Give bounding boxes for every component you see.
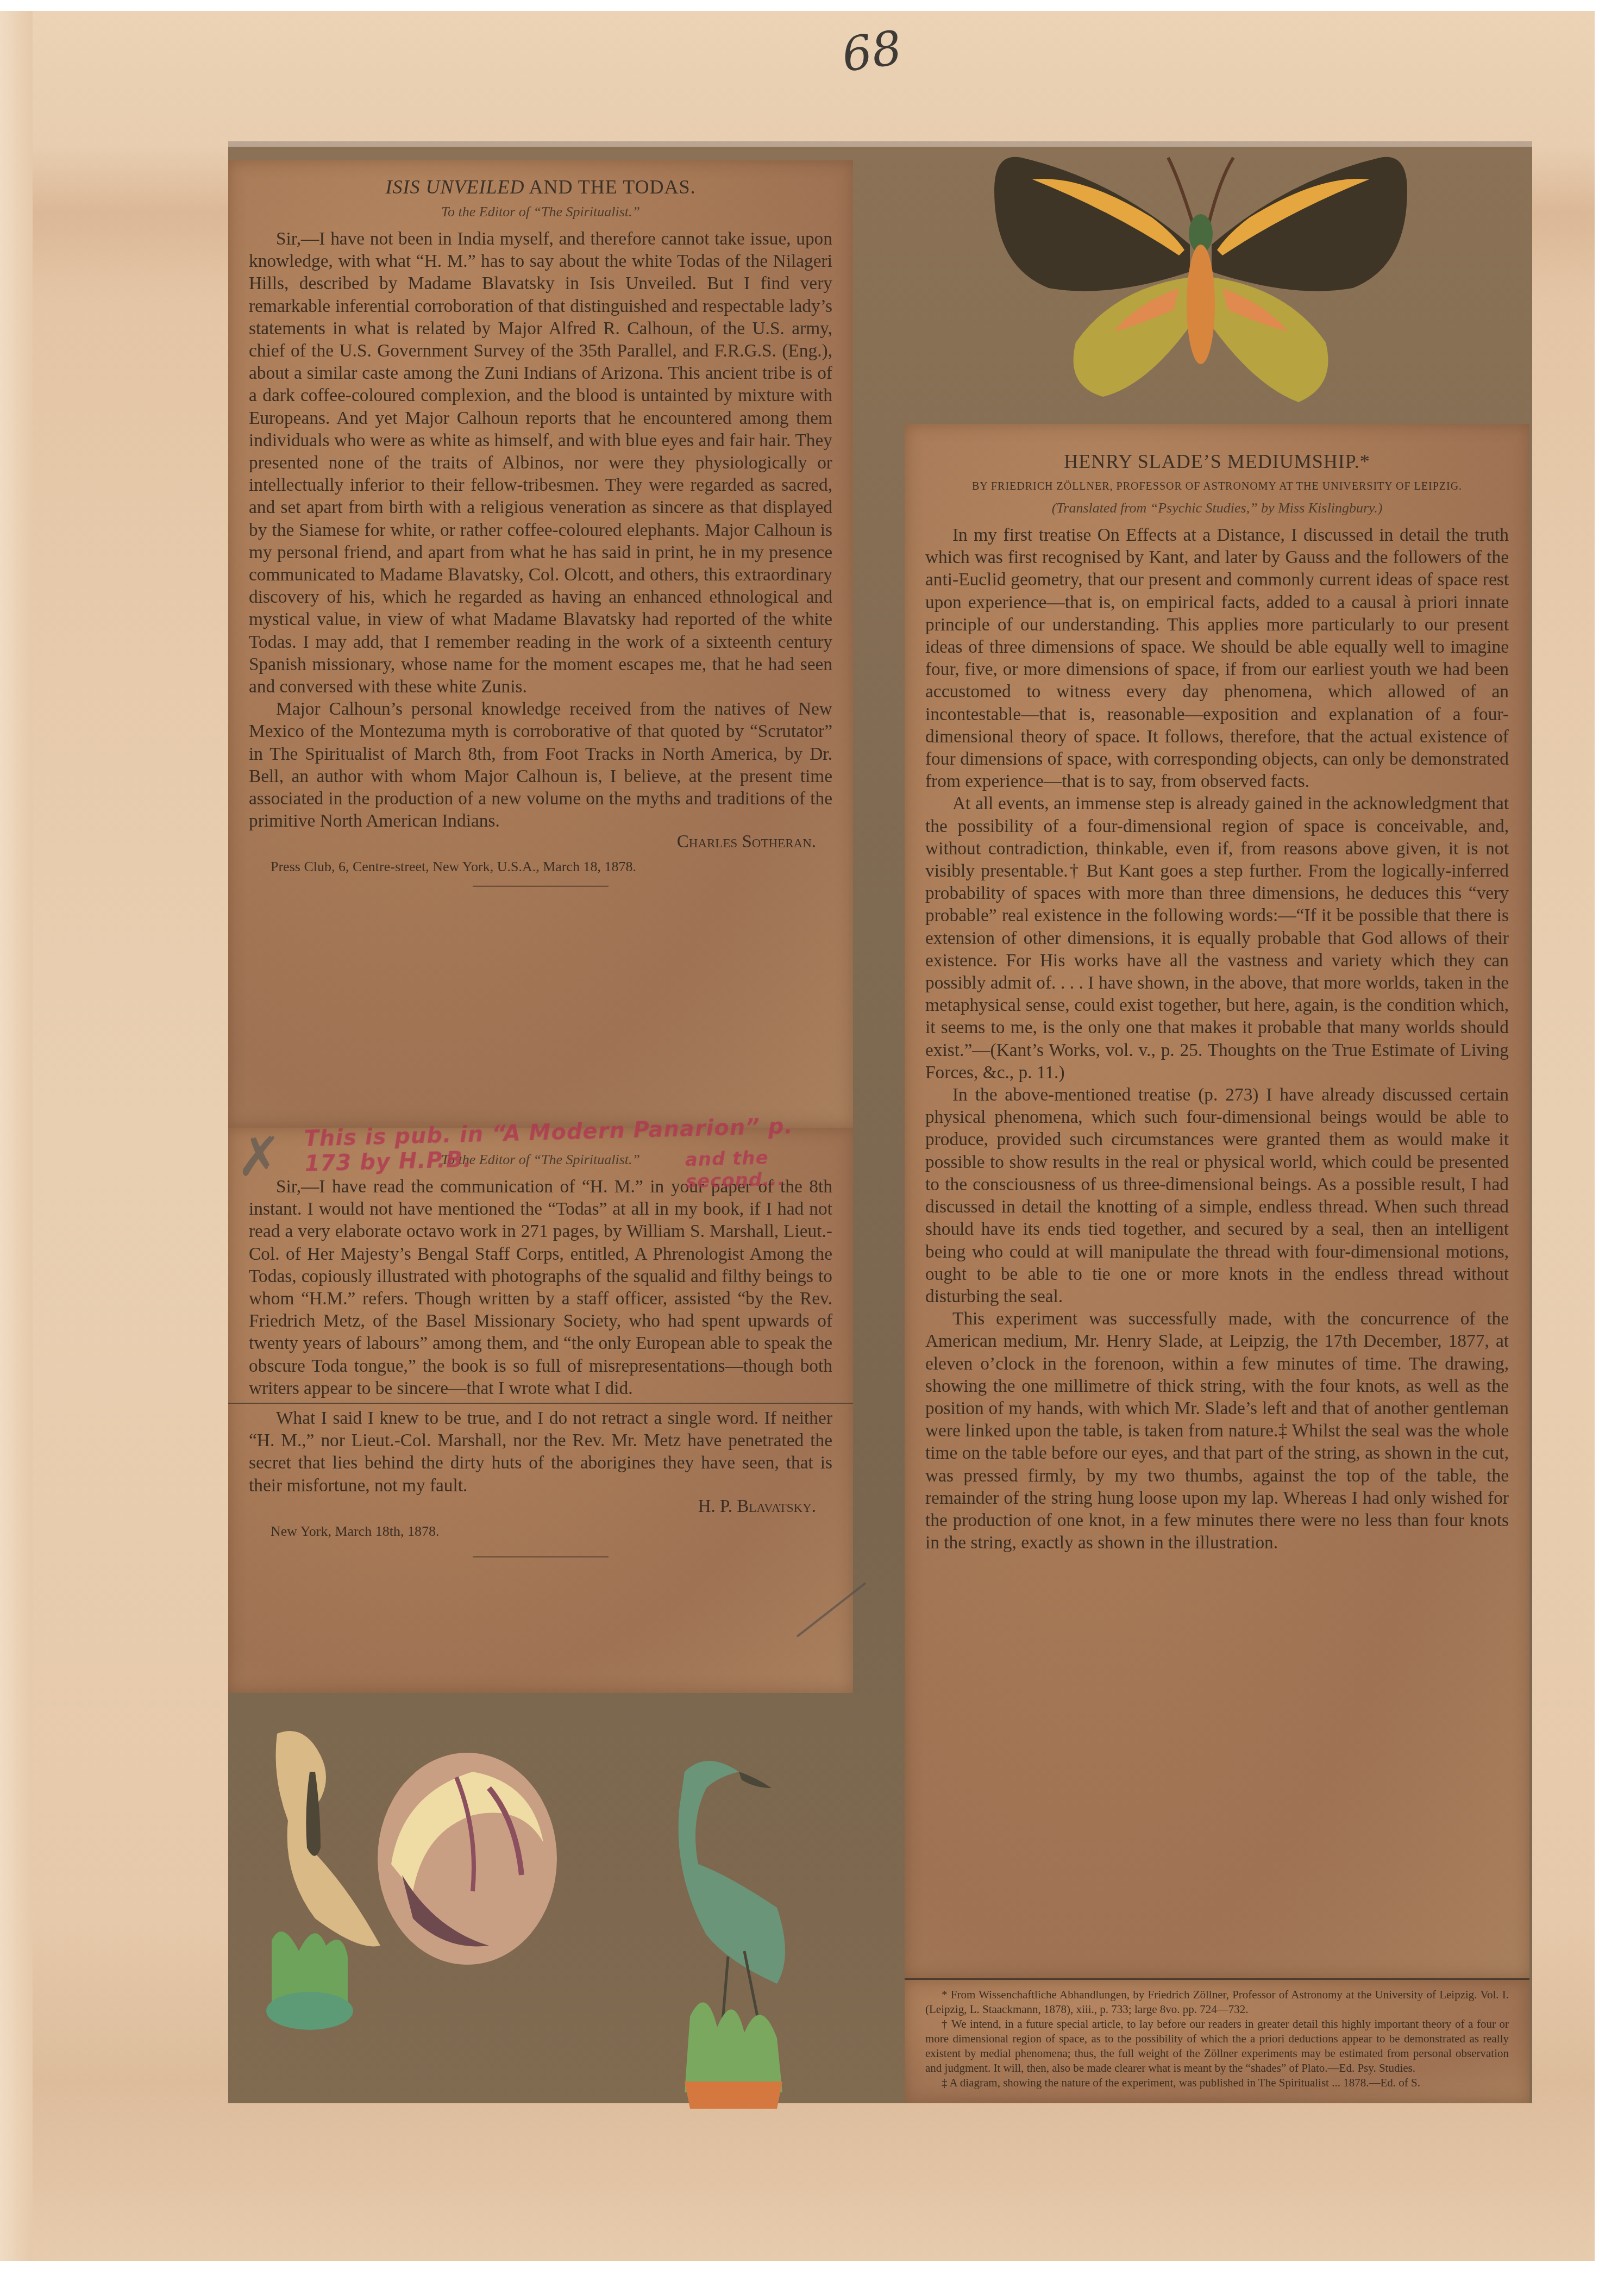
title-italic: ISIS UNVEILED [385,176,524,198]
dateline: Press Club, 6, Centre-street, New York, … [271,859,832,875]
divider [473,1556,609,1561]
clipping-blavatsky-letter: To the Editor of “The Spiritualist.” Sir… [228,1128,853,1693]
annotation-line: and the second... [685,1145,838,1192]
seashell-icon [378,1753,557,1965]
salutation: To the Editor of “The Spiritualist.” [249,204,832,220]
letter-body: Sir,—I have read the communication of “H… [249,1176,832,1497]
article-body: Sir,—I have not been in India myself, an… [249,228,832,832]
paragraph: What I said I knew to be true, and I do … [249,1407,832,1497]
spoonbill-icon [266,1731,380,2030]
paragraph: Sir,—I have read the communication of “H… [249,1176,832,1399]
paragraph: In the above-mentioned treatise (p. 273)… [925,1084,1509,1308]
page-number: 68 [839,21,905,83]
heron-icon [679,1761,785,2109]
byline: BY FRIEDRICH ZÖLLNER, PROFESSOR OF ASTRO… [925,478,1509,495]
title-rest: AND THE TODAS. [524,176,695,198]
footnote: * From Wissenchaftliche Abhandlungen, by… [925,1987,1509,2017]
paragraph: In my first treatise On Effects at a Dis… [925,524,1509,792]
article-title: HENRY SLADE’S MEDIUMSHIP.* [925,450,1509,473]
paragraph: This experiment was successfully made, w… [925,1308,1509,1554]
paragraph: Sir,—I have not been in India myself, an… [249,228,832,698]
divider [473,885,609,890]
footnotes: * From Wissenchaftliche Abhandlungen, by… [905,1978,1529,2103]
signature: H. P. Blavatsky. [249,1497,816,1517]
article-body: In my first treatise On Effects at a Dis… [925,524,1509,1554]
paragraph: At all events, an immense step is alread… [925,792,1509,1084]
dateline: New York, March 18th, 1878. [271,1523,832,1540]
paragraph: Major Calhoun’s personal knowledge recei… [249,698,832,832]
butterfly-icon [973,147,1429,418]
divider [228,1403,853,1404]
clipping-isis-unveiled: ISIS UNVEILED AND THE TODAS. To the Edit… [228,160,853,1128]
footnote: † We intend, in a future special article… [925,2017,1509,2076]
translation-note: (Translated from “Psychic Studies,” by M… [925,500,1509,516]
article-title: ISIS UNVEILED AND THE TODAS. [249,176,832,198]
footnote: ‡ A diagram, showing the nature of the e… [925,2076,1509,2090]
decorative-scraps [239,1712,880,2120]
pencil-x-mark: ✗ [236,1125,282,1189]
clipping-henry-slade: HENRY SLADE’S MEDIUMSHIP.* BY FRIEDRICH … [905,424,1529,1978]
signature: Charles Sotheran. [249,832,816,852]
